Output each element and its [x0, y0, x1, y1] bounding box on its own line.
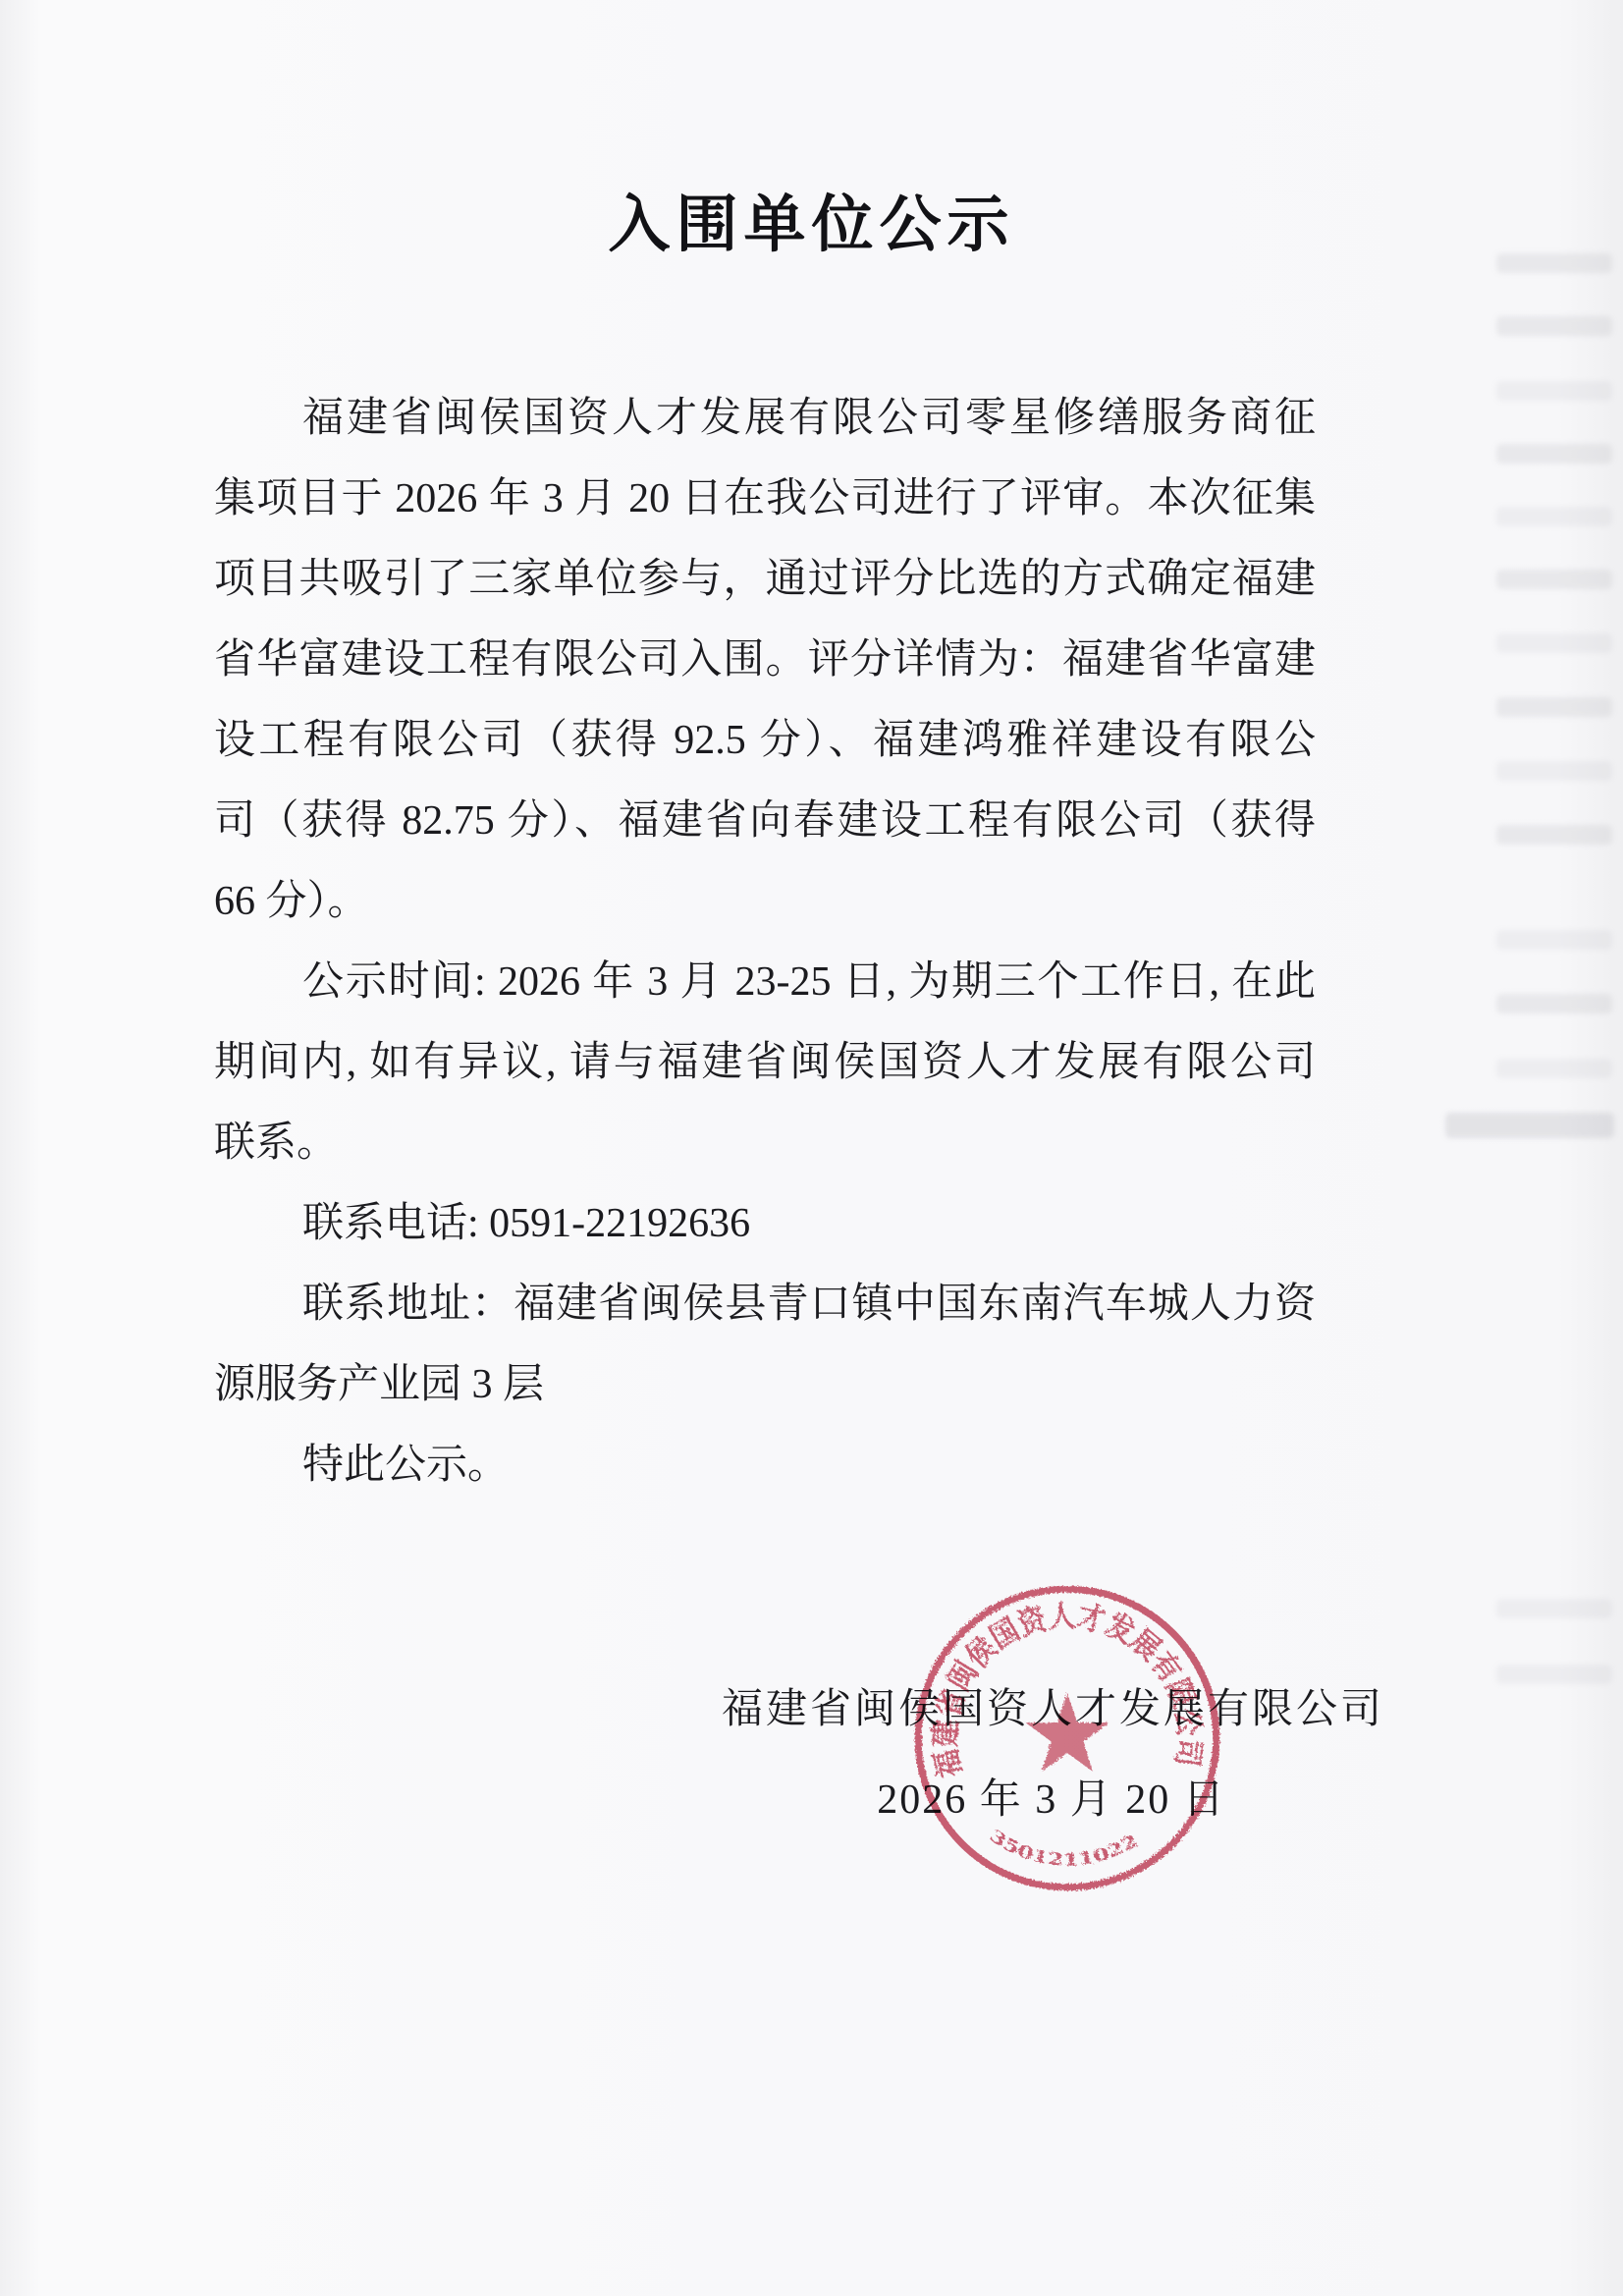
official-seal: 福建省闽侯国资人才发展有限公司 3501211022 — [898, 1569, 1236, 1907]
document-body: 福建省闽侯国资人才发展有限公司零星修缮服务商征集项目于 2026 年 3 月 2… — [214, 378, 1316, 1505]
body-line: 源服务产业园 3 层 — [214, 1344, 1316, 1425]
body-line: 联系地址：福建省闽侯县青口镇中国东南汽车城人力资 — [214, 1264, 1316, 1344]
bleedthrough-artifact — [1496, 633, 1612, 653]
seal-star-icon — [1026, 1692, 1109, 1772]
body-line: 66 分）。 — [214, 861, 1316, 942]
bleedthrough-artifact — [1496, 381, 1612, 401]
body-line: 设工程有限公司（获得 92.5 分）、福建鸿雅祥建设有限公 — [214, 700, 1316, 781]
bleedthrough-artifact — [1496, 825, 1612, 845]
document-page: 入围单位公示 福建省闽侯国资人才发展有限公司零星修缮服务商征集项目于 2026 … — [0, 0, 1623, 2296]
bleedthrough-artifact — [1496, 1665, 1612, 1684]
body-line: 福建省闽侯国资人才发展有限公司零星修缮服务商征 — [214, 378, 1316, 459]
body-line: 公示时间: 2026 年 3 月 23-25 日, 为期三个工作日, 在此 — [214, 942, 1316, 1022]
body-line: 特此公示。 — [214, 1425, 1316, 1505]
bleedthrough-artifact — [1496, 570, 1612, 589]
body-line: 联系电话: 0591-22192636 — [214, 1183, 1316, 1264]
bleedthrough-artifact — [1496, 1599, 1612, 1618]
bleedthrough-artifact — [1496, 697, 1612, 717]
bleedthrough-artifact — [1496, 253, 1612, 273]
bleedthrough-artifact — [1496, 1059, 1612, 1078]
bleedthrough-artifact — [1496, 930, 1612, 950]
bleedthrough-artifact — [1496, 507, 1612, 526]
body-line: 司（获得 82.75 分）、福建省向春建设工程有限公司（获得 — [214, 781, 1316, 861]
bleedthrough-artifact — [1496, 444, 1612, 464]
document-title: 入围单位公示 — [0, 175, 1623, 264]
body-line: 联系。 — [214, 1103, 1316, 1183]
body-line: 省华富建设工程有限公司入围。评分详情为：福建省华富建 — [214, 620, 1316, 700]
bleedthrough-artifact — [1496, 994, 1612, 1013]
body-line: 期间内, 如有异议, 请与福建省闽侯国资人才发展有限公司 — [214, 1022, 1316, 1103]
bleedthrough-artifact — [1445, 1113, 1614, 1138]
bleedthrough-artifact — [1496, 761, 1612, 781]
body-line: 集项目于 2026 年 3 月 20 日在我公司进行了评审。本次征集 — [214, 459, 1316, 539]
seal-bottom-text: 3501211022 — [986, 1827, 1142, 1871]
bleedthrough-artifact — [1496, 316, 1612, 336]
body-line: 项目共吸引了三家单位参与，通过评分比选的方式确定福建 — [214, 539, 1316, 620]
